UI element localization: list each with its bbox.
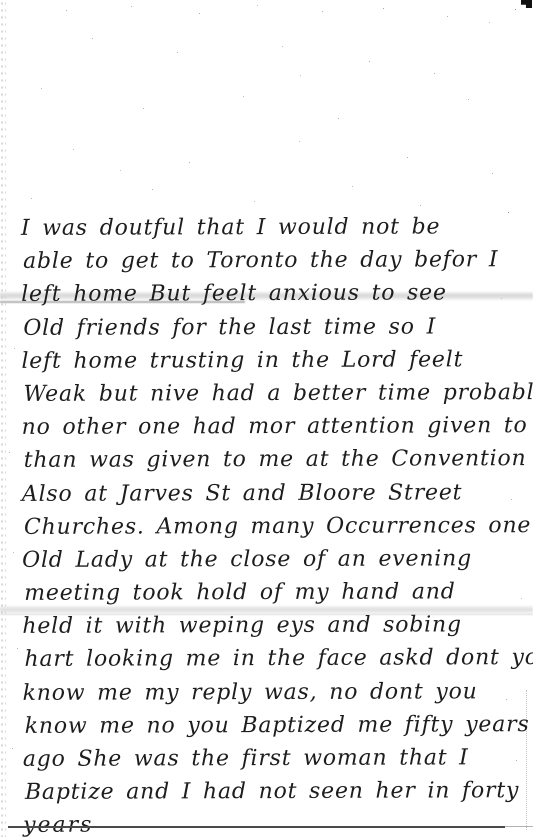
handwriting-line: left home But feelt anxious to see: [21, 276, 530, 311]
scanned-letter-page: I was doutful that I would not be able t…: [0, 0, 533, 837]
handwriting-line: meeting took hold of my hand and: [24, 575, 533, 610]
handwriting-line: Also at Jarves St and Bloore Street: [22, 476, 531, 511]
handwriting-line: know me my reply was, no dont you: [23, 675, 532, 710]
handwriting-line: Churches. Among many Occurrences one: [24, 509, 533, 544]
handwriting-line: left home trusting in the Lord feelt: [21, 343, 530, 378]
handwriting-line: Old Lady at the close of an evening: [22, 542, 531, 577]
handwriting-line: Old friends for the last time so I: [23, 310, 532, 345]
scan-left-edge-speckle: [0, 0, 6, 837]
corner-mark: [521, 0, 532, 8]
handwriting-line: able to get to Toronto the day befor I: [23, 243, 532, 278]
handwriting-line: hart looking me in the face askd dont yo…: [24, 642, 533, 677]
handwritten-text-block: I was doutful that I would not be able t…: [21, 210, 532, 837]
handwriting-line: no other one had mor attention given to …: [22, 409, 531, 444]
handwriting-line: than was given to me at the Convention: [24, 442, 533, 477]
handwriting-line: I was doutful that I would not be: [21, 210, 530, 245]
handwriting-line: ago She was the first woman that I: [23, 741, 532, 776]
handwriting-line: Baptize and I had not seen her in forty: [25, 774, 533, 809]
handwriting-line: years: [23, 807, 532, 837]
handwriting-line: know me no you Baptized me fifty years: [25, 708, 533, 743]
handwriting-line: Weak but nive had a better time probably: [23, 376, 532, 411]
bottom-edge-line: [8, 826, 505, 828]
handwriting-line: held it with weping eys and sobing: [22, 608, 531, 643]
